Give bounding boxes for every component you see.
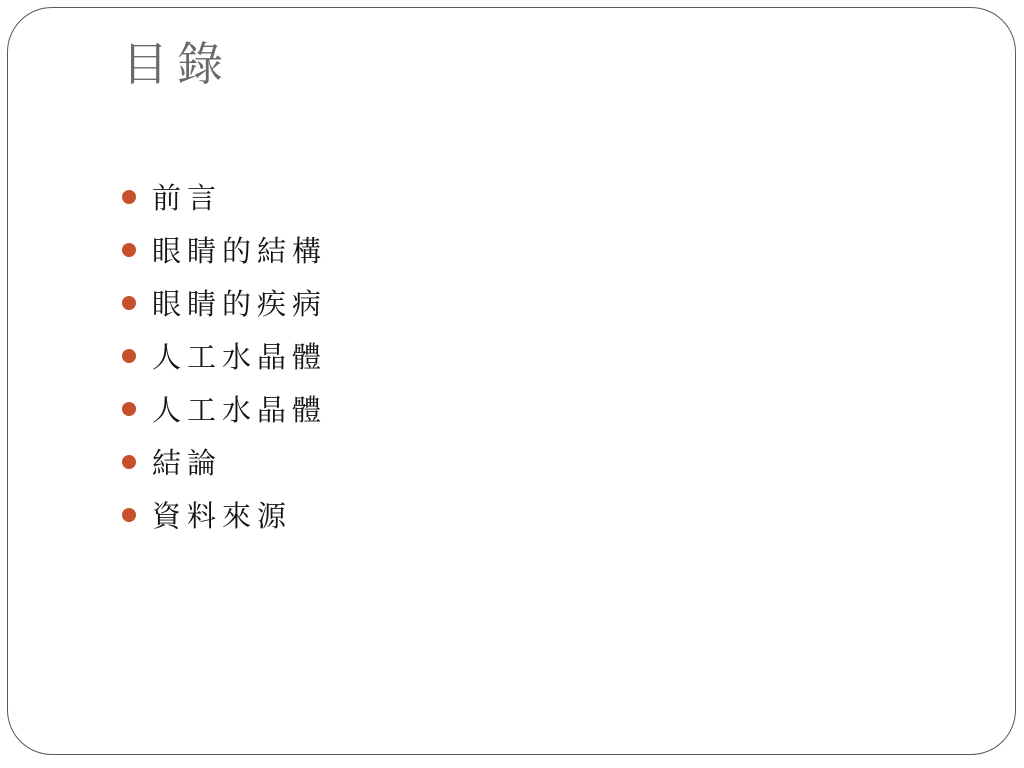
slide-title: 目錄 [122, 36, 232, 92]
list-item-label: 人工水晶體 [152, 335, 327, 376]
bullet-icon [122, 402, 136, 416]
list-item-label: 資料來源 [152, 494, 292, 535]
list-item: 資料來源 [122, 488, 327, 541]
bullet-icon [122, 349, 136, 363]
bullet-icon [122, 190, 136, 204]
bullet-icon [122, 296, 136, 310]
list-item-label: 人工水晶體 [152, 388, 327, 429]
list-item: 人工水晶體 [122, 329, 327, 382]
list-item-label: 眼睛的疾病 [152, 282, 327, 323]
list-item: 人工水晶體 [122, 382, 327, 435]
list-item-label: 眼睛的結構 [152, 229, 327, 270]
list-item-label: 結論 [152, 441, 222, 482]
list-item: 眼睛的結構 [122, 223, 327, 276]
toc-list: 前言 眼睛的結構 眼睛的疾病 人工水晶體 人工水晶體 結論 資料來源 [122, 170, 327, 541]
list-item: 眼睛的疾病 [122, 276, 327, 329]
list-item: 前言 [122, 170, 327, 223]
list-item: 結論 [122, 435, 327, 488]
slide-frame: 目錄 前言 眼睛的結構 眼睛的疾病 人工水晶體 人工水晶體 結論 資料來源 [7, 7, 1016, 755]
list-item-label: 前言 [152, 176, 222, 217]
bullet-icon [122, 243, 136, 257]
bullet-icon [122, 455, 136, 469]
bullet-icon [122, 508, 136, 522]
